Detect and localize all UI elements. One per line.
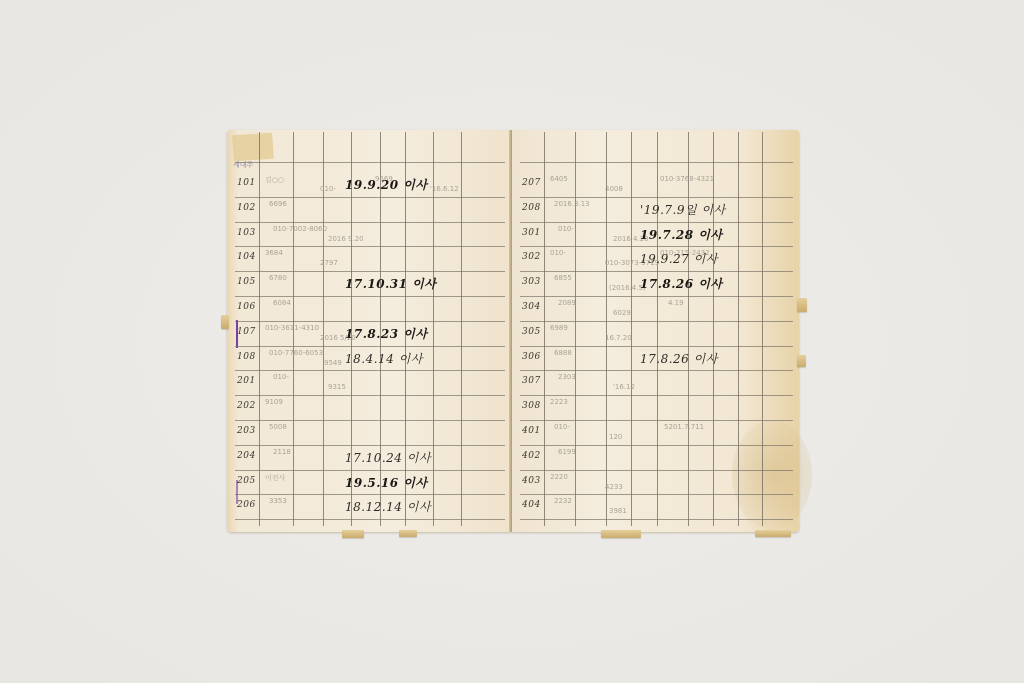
- faint-entry: 6199: [558, 448, 576, 456]
- faint-entry: 5201.7.711: [664, 423, 704, 431]
- ledger-notebook: 세대주 101김○○010-9569'16.6.1219.9.20 이사1026…: [227, 130, 799, 538]
- faint-entry: 2118: [273, 448, 291, 456]
- ledger-row: 205이전사19.5.16 이사: [235, 470, 505, 494]
- ledger-row: 1066084: [235, 296, 505, 320]
- ledger-row: 306688817.8.26 이사: [520, 346, 793, 370]
- faint-entry: 2223: [550, 398, 568, 406]
- faint-entry: 2797: [320, 259, 338, 267]
- faint-entry: '16.12: [613, 383, 635, 391]
- room-number: 302: [522, 252, 541, 262]
- faint-entry: 010-: [554, 423, 570, 431]
- room-number: 107: [237, 327, 256, 337]
- room-number: 404: [522, 500, 541, 510]
- left-page: 세대주 101김○○010-9569'16.6.1219.9.20 이사1026…: [227, 130, 511, 532]
- move-out-note: 19.7.28 이사: [640, 226, 722, 243]
- room-number: 307: [522, 376, 541, 386]
- room-number: 205: [237, 476, 256, 486]
- room-number: 105: [237, 277, 256, 287]
- faint-entry: 6888: [554, 349, 572, 357]
- faint-entry: 6855: [554, 274, 572, 282]
- move-out-note: 17.8.23 이사: [345, 325, 427, 342]
- ledger-row: 40422323981: [520, 494, 793, 518]
- paper-tab: [342, 530, 364, 538]
- faint-entry: 3353: [269, 497, 287, 505]
- room-number: 201: [237, 376, 256, 386]
- room-number: 303: [522, 277, 541, 287]
- room-number: 106: [237, 302, 256, 312]
- ledger-row: 40322204233: [520, 470, 793, 494]
- room-number: 208: [522, 203, 541, 213]
- room-number: 108: [237, 352, 256, 362]
- room-number: 104: [237, 252, 256, 262]
- ledger-row: 201010-9315: [235, 370, 505, 394]
- room-number: 102: [237, 203, 256, 213]
- move-out-note: 18.12.14 이사: [345, 498, 431, 515]
- ledger-row: 105678017.10.31 이사: [235, 271, 505, 295]
- faint-entry: 6989: [550, 324, 568, 332]
- ledger-row: 20764054008010-3768-4321: [520, 172, 793, 196]
- faint-entry: 3684: [265, 249, 283, 257]
- faint-entry: 4233: [605, 483, 623, 491]
- room-number: 402: [522, 451, 541, 461]
- ledger-row: 3082223: [520, 395, 793, 419]
- room-number: 204: [237, 451, 256, 461]
- ledger-row: 4026199: [520, 445, 793, 469]
- faint-entry: 9549: [324, 359, 342, 367]
- move-out-note: 17.8.26 이사: [640, 350, 718, 367]
- ledger-row: 302010-010-3073-5719010-215-243219.9.27 …: [520, 246, 793, 270]
- faint-entry: 2016.3.13: [554, 200, 590, 208]
- paper-tab: [797, 298, 807, 312]
- faint-entry: 6084: [273, 299, 291, 307]
- faint-entry: 4008: [605, 185, 623, 193]
- move-out-note: 18.4.14 이사: [345, 350, 423, 367]
- faint-entry: 16.7.20: [605, 334, 632, 342]
- ledger-row: 305698916.7.20: [520, 321, 793, 345]
- faint-entry: 010-: [550, 249, 566, 257]
- move-out-note: 17.10.24 이사: [345, 449, 431, 466]
- ledger-row: 304208960294.19: [520, 296, 793, 320]
- paper-tab: [221, 315, 229, 329]
- faint-entry: 010-3768-4321: [660, 175, 714, 183]
- ledger-row: 103010-7002-80602016 9.20: [235, 222, 505, 246]
- ledger-row: 2029109: [235, 395, 505, 419]
- faint-entry: 6405: [550, 175, 568, 183]
- faint-entry: 김○○: [265, 175, 284, 185]
- move-out-note: 17.10.31 이사: [345, 275, 436, 292]
- move-out-note: 19.9.20 이사: [345, 176, 427, 193]
- faint-entry: 2089: [558, 299, 576, 307]
- room-number: 306: [522, 352, 541, 362]
- room-number: 401: [522, 426, 541, 436]
- room-number: 101: [237, 178, 256, 188]
- tape-scrap: [232, 133, 274, 162]
- left-rows: 101김○○010-9569'16.6.1219.9.20 이사10266961…: [235, 172, 505, 526]
- faint-entry: 4.19: [668, 299, 684, 307]
- ledger-row: 107010-3611-43102016 5/2017.8.23 이사: [235, 321, 505, 345]
- right-page: 20764054008010-3768-43212082016.3.13'19.…: [512, 130, 799, 532]
- ledger-row: 108010-7760-6053954918.4.14 이사: [235, 346, 505, 370]
- ledger-row: 10436842797: [235, 246, 505, 270]
- move-out-note: 19.9.27 이사: [640, 250, 718, 267]
- faint-entry: 010-3611-4310: [265, 324, 319, 332]
- faint-entry: 9315: [328, 383, 346, 391]
- room-number: 202: [237, 401, 256, 411]
- faint-entry: 6780: [269, 274, 287, 282]
- ledger-row: 2082016.3.13'19.7.9일 이사: [520, 197, 793, 221]
- ledger-row: 2035008: [235, 420, 505, 444]
- move-out-note: '19.7.9일 이사: [640, 201, 726, 218]
- room-number: 308: [522, 401, 541, 411]
- faint-entry: 2016 9.20: [328, 235, 364, 243]
- faint-entry: 2303: [558, 373, 576, 381]
- ledger-row: 401010-1205201.7.711: [520, 420, 793, 444]
- room-number: 305: [522, 327, 541, 337]
- faint-entry: 6029: [613, 309, 631, 317]
- faint-entry: 5008: [269, 423, 287, 431]
- room-number: 103: [237, 228, 256, 238]
- faint-entry: 6696: [269, 200, 287, 208]
- move-out-note: 19.5.16 이사: [345, 474, 427, 491]
- ledger-row: 1026696: [235, 197, 505, 221]
- move-out-note: 17.8.26 이사: [640, 275, 722, 292]
- faint-entry: 010-7002-8060: [273, 225, 327, 233]
- ledger-row: 3072303'16.12: [520, 370, 793, 394]
- right-rows: 20764054008010-3768-43212082016.3.13'19.…: [520, 172, 793, 526]
- room-number: 304: [522, 302, 541, 312]
- ledger-row: 206335318.12.14 이사: [235, 494, 505, 518]
- paper-tab: [755, 530, 791, 537]
- faint-entry: 010-: [273, 373, 289, 381]
- faint-entry: 9109: [265, 398, 283, 406]
- room-number: 301: [522, 228, 541, 238]
- faint-entry: 010-: [320, 185, 336, 193]
- faint-entry: 010-7760-6053: [269, 349, 323, 357]
- faint-entry: 이전사: [265, 473, 285, 483]
- paper-tab: [797, 355, 806, 367]
- ledger-row: 301010-2016 4.2019.7.28 이사: [520, 222, 793, 246]
- ledger-row: 3036855(2016.4.5)17.8.26 이사: [520, 271, 793, 295]
- room-number: 203: [237, 426, 256, 436]
- room-number: 206: [237, 500, 256, 510]
- faint-entry: '16.6.12: [430, 185, 459, 193]
- faint-entry: 3981: [609, 507, 627, 515]
- paper-tab: [601, 530, 641, 538]
- faint-entry: 2232: [554, 497, 572, 505]
- room-number: 403: [522, 476, 541, 486]
- faint-entry: 2220: [550, 473, 568, 481]
- paper-tab: [399, 530, 417, 537]
- room-number: 207: [522, 178, 541, 188]
- ledger-row: 204211817.10.24 이사: [235, 445, 505, 469]
- ledger-row: 101김○○010-9569'16.6.1219.9.20 이사: [235, 172, 505, 196]
- faint-entry: 120: [609, 433, 622, 441]
- faint-entry: 010-: [558, 225, 574, 233]
